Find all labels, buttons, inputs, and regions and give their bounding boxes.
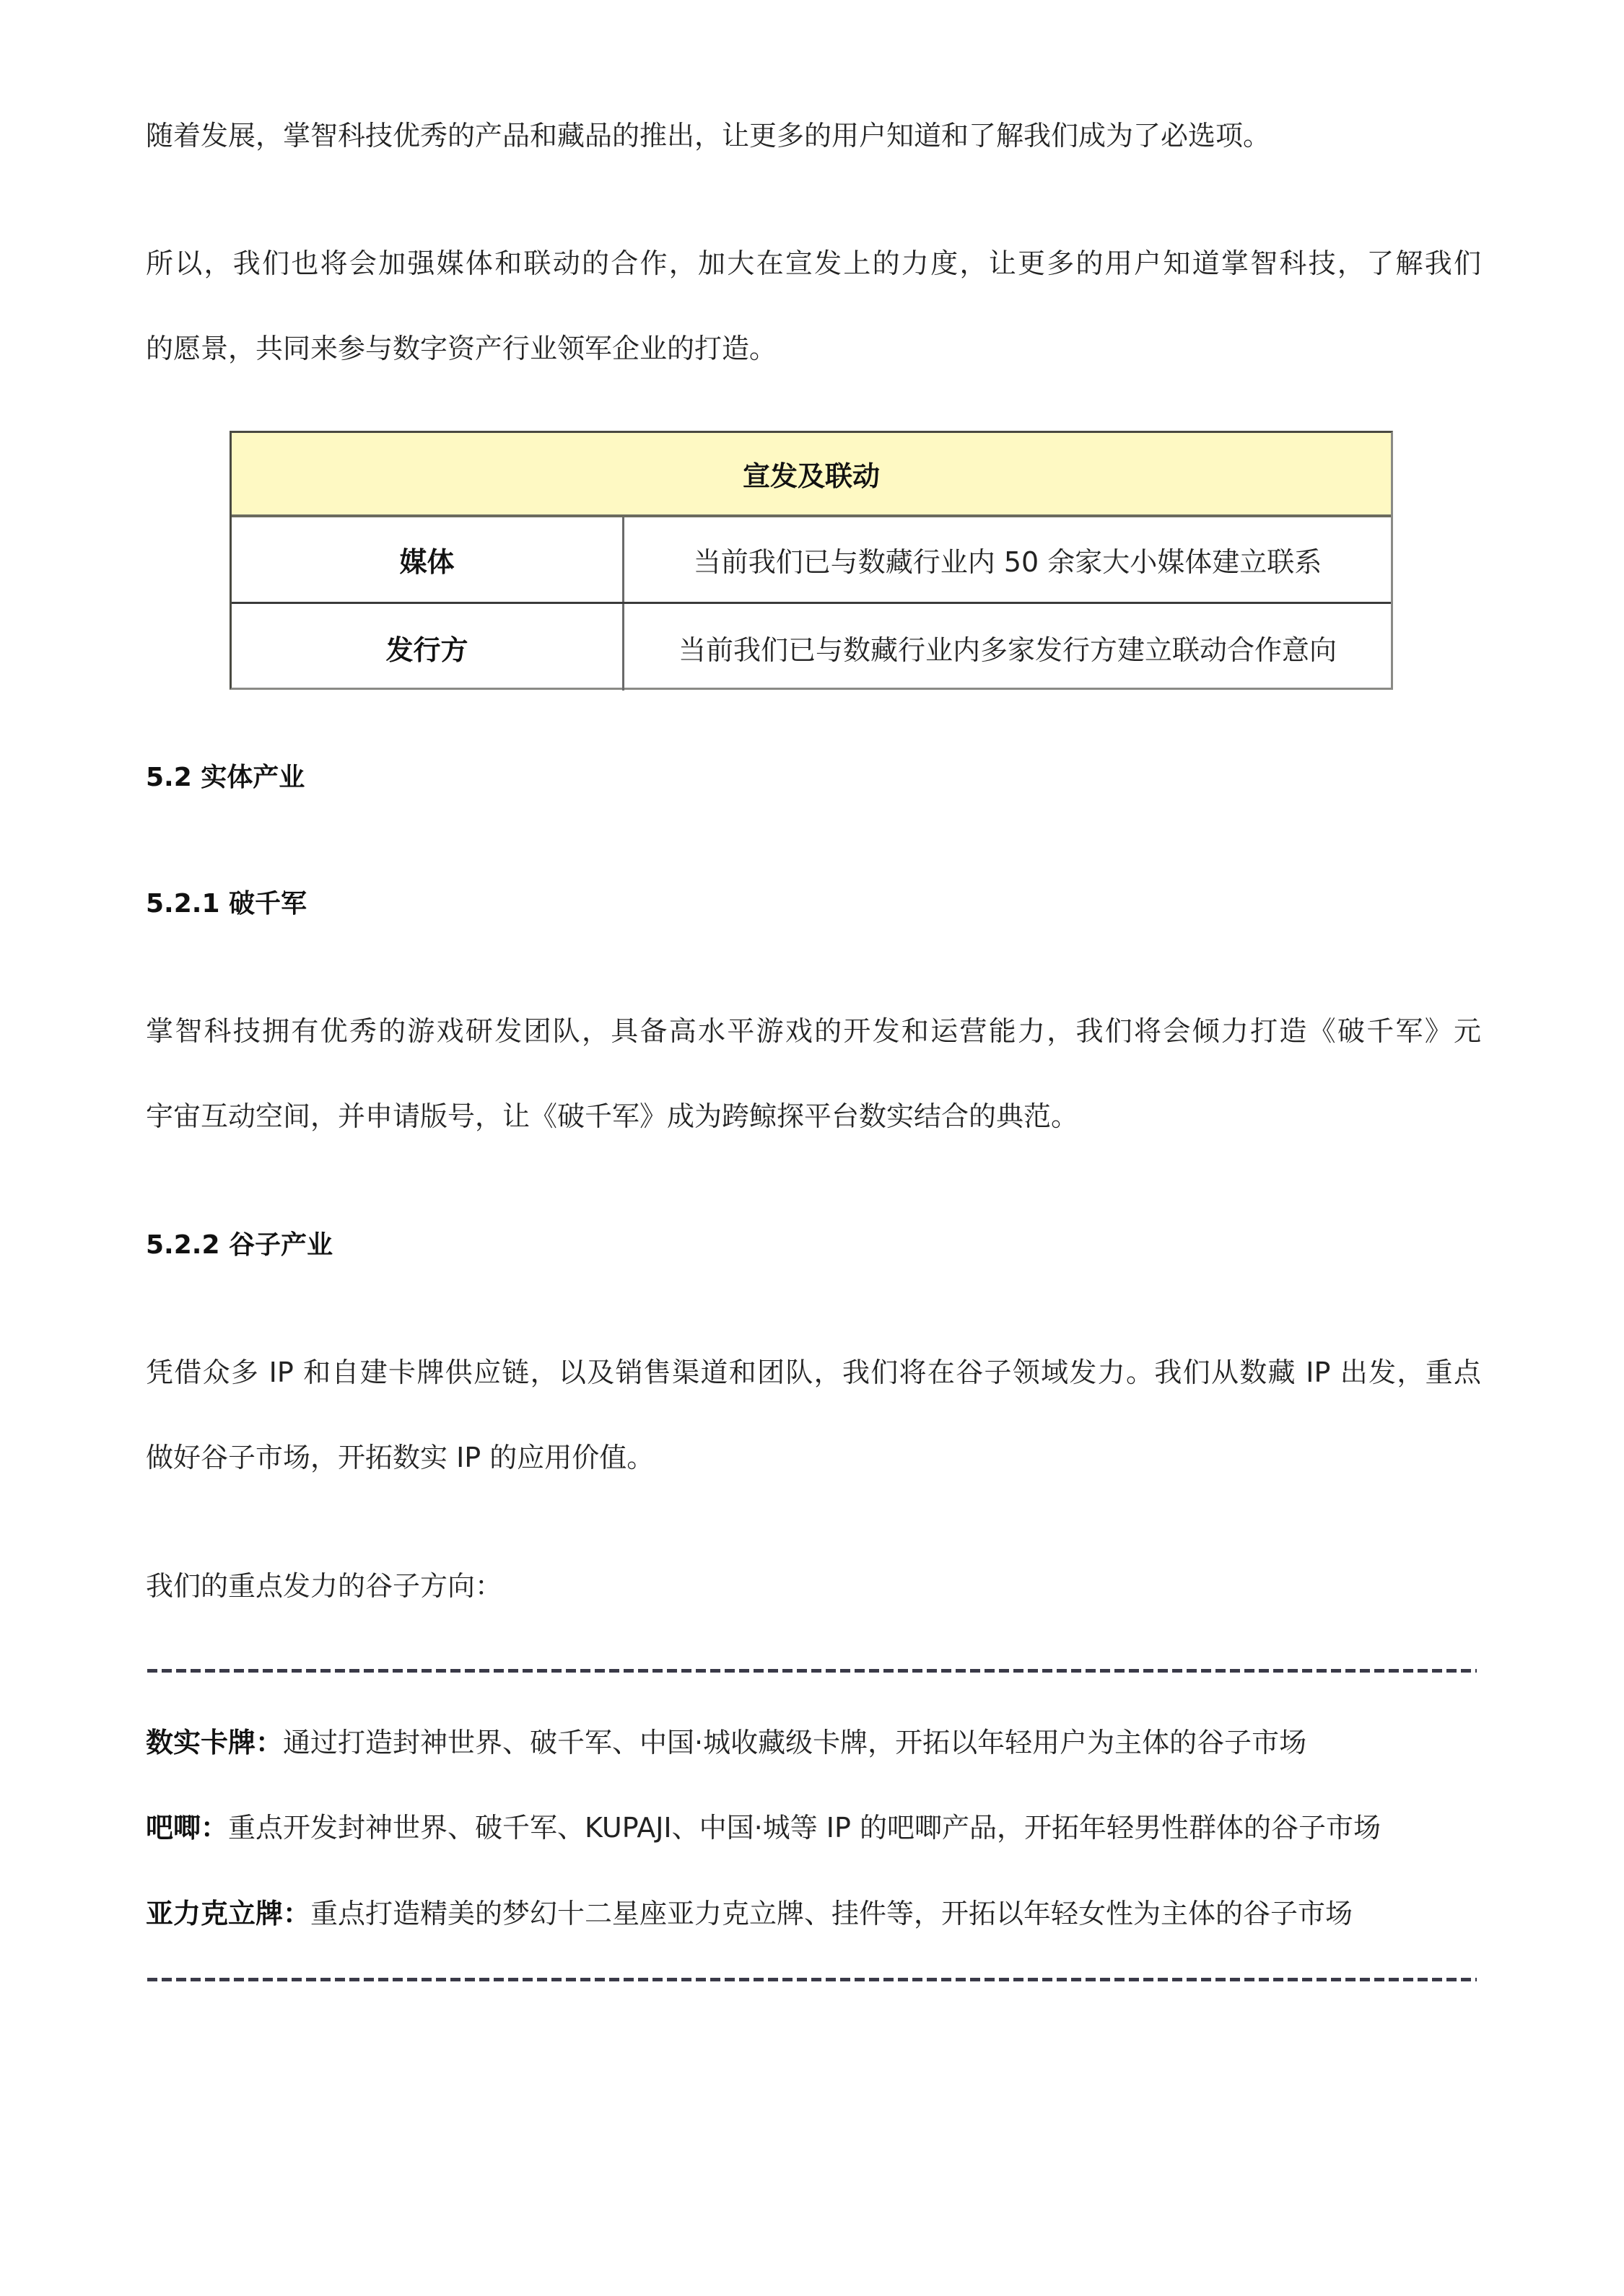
direction-item: 亚力克立牌：重点打造精美的梦幻十二星座亚力克立牌、挂件等，开拓以年轻女性为主体的… <box>146 1898 1353 1929</box>
directions-intro: 我们的重点发力的谷子方向： <box>146 1570 502 1602</box>
table-row-value: 当前我们已与数藏行业内多家发行方建立联动合作意向 <box>624 604 1391 691</box>
direction-item-label: 亚力克立牌： <box>146 1898 310 1929</box>
table-row: 媒体 当前我们已与数藏行业内 50 余家大小媒体建立联系 <box>232 517 1391 604</box>
direction-item-text: 重点开发封神世界、破千军、KUPAJI、中国·城等 IP 的吧唧产品，开拓年轻男… <box>228 1812 1381 1844</box>
section-5-2-2-paragraph-line-1: 凭借众多 IP 和自建卡牌供应链，以及销售渠道和团队，我们将在谷子领域发力。我们… <box>146 1357 1481 1388</box>
direction-item-label: 吧唧： <box>146 1812 228 1844</box>
direction-item: 吧唧：重点开发封神世界、破千军、KUPAJI、中国·城等 IP 的吧唧产品，开拓… <box>146 1812 1381 1844</box>
table-header: 宣发及联动 <box>232 433 1391 517</box>
section-5-2-2-paragraph-line-2: 做好谷子市场，开拓数实 IP 的应用价值。 <box>146 1442 654 1473</box>
table-row-value: 当前我们已与数藏行业内 50 余家大小媒体建立联系 <box>624 517 1391 602</box>
section-heading-5-2-2: 5.2.2 谷子产业 <box>146 1230 333 1261</box>
section-5-2-1-paragraph-line-2: 宇宙互动空间，并申请版号，让《破千军》成为跨鲸探平台数实结合的典范。 <box>146 1100 1078 1132</box>
section-heading-5-2-1: 5.2.1 破千军 <box>146 888 307 920</box>
direction-item-label: 数实卡牌： <box>146 1727 283 1758</box>
intro-paragraph-1: 随着发展，掌智科技优秀的产品和藏品的推出，让更多的用户知道和了解我们成为了必选项… <box>146 120 1270 152</box>
direction-item-text: 重点打造精美的梦幻十二星座亚力克立牌、挂件等，开拓以年轻女性为主体的谷子市场 <box>310 1898 1353 1929</box>
dashed-divider-bottom <box>147 1978 1477 1981</box>
promotion-linkage-table: 宣发及联动 媒体 当前我们已与数藏行业内 50 余家大小媒体建立联系 发行方 当… <box>230 431 1393 690</box>
table-row-key: 发行方 <box>232 604 624 691</box>
intro-paragraph-2-line-1: 所以，我们也将会加强媒体和联动的合作，加大在宣发上的力度，让更多的用户知道掌智科… <box>146 247 1481 279</box>
direction-item-text: 通过打造封神世界、破千军、中国·城收藏级卡牌，开拓以年轻用户为主体的谷子市场 <box>283 1727 1306 1758</box>
intro-paragraph-2-line-2: 的愿景，共同来参与数字资产行业领军企业的打造。 <box>146 333 777 364</box>
direction-item: 数实卡牌：通过打造封神世界、破千军、中国·城收藏级卡牌，开拓以年轻用户为主体的谷… <box>146 1727 1306 1758</box>
table-row-key: 媒体 <box>232 517 624 602</box>
table-row: 发行方 当前我们已与数藏行业内多家发行方建立联动合作意向 <box>232 604 1391 691</box>
dashed-divider-top <box>147 1669 1477 1673</box>
section-heading-5-2: 5.2 实体产业 <box>146 762 305 794</box>
section-5-2-1-paragraph-line-1: 掌智科技拥有优秀的游戏研发团队，具备高水平游戏的开发和运营能力，我们将会倾力打造… <box>146 1015 1481 1047</box>
